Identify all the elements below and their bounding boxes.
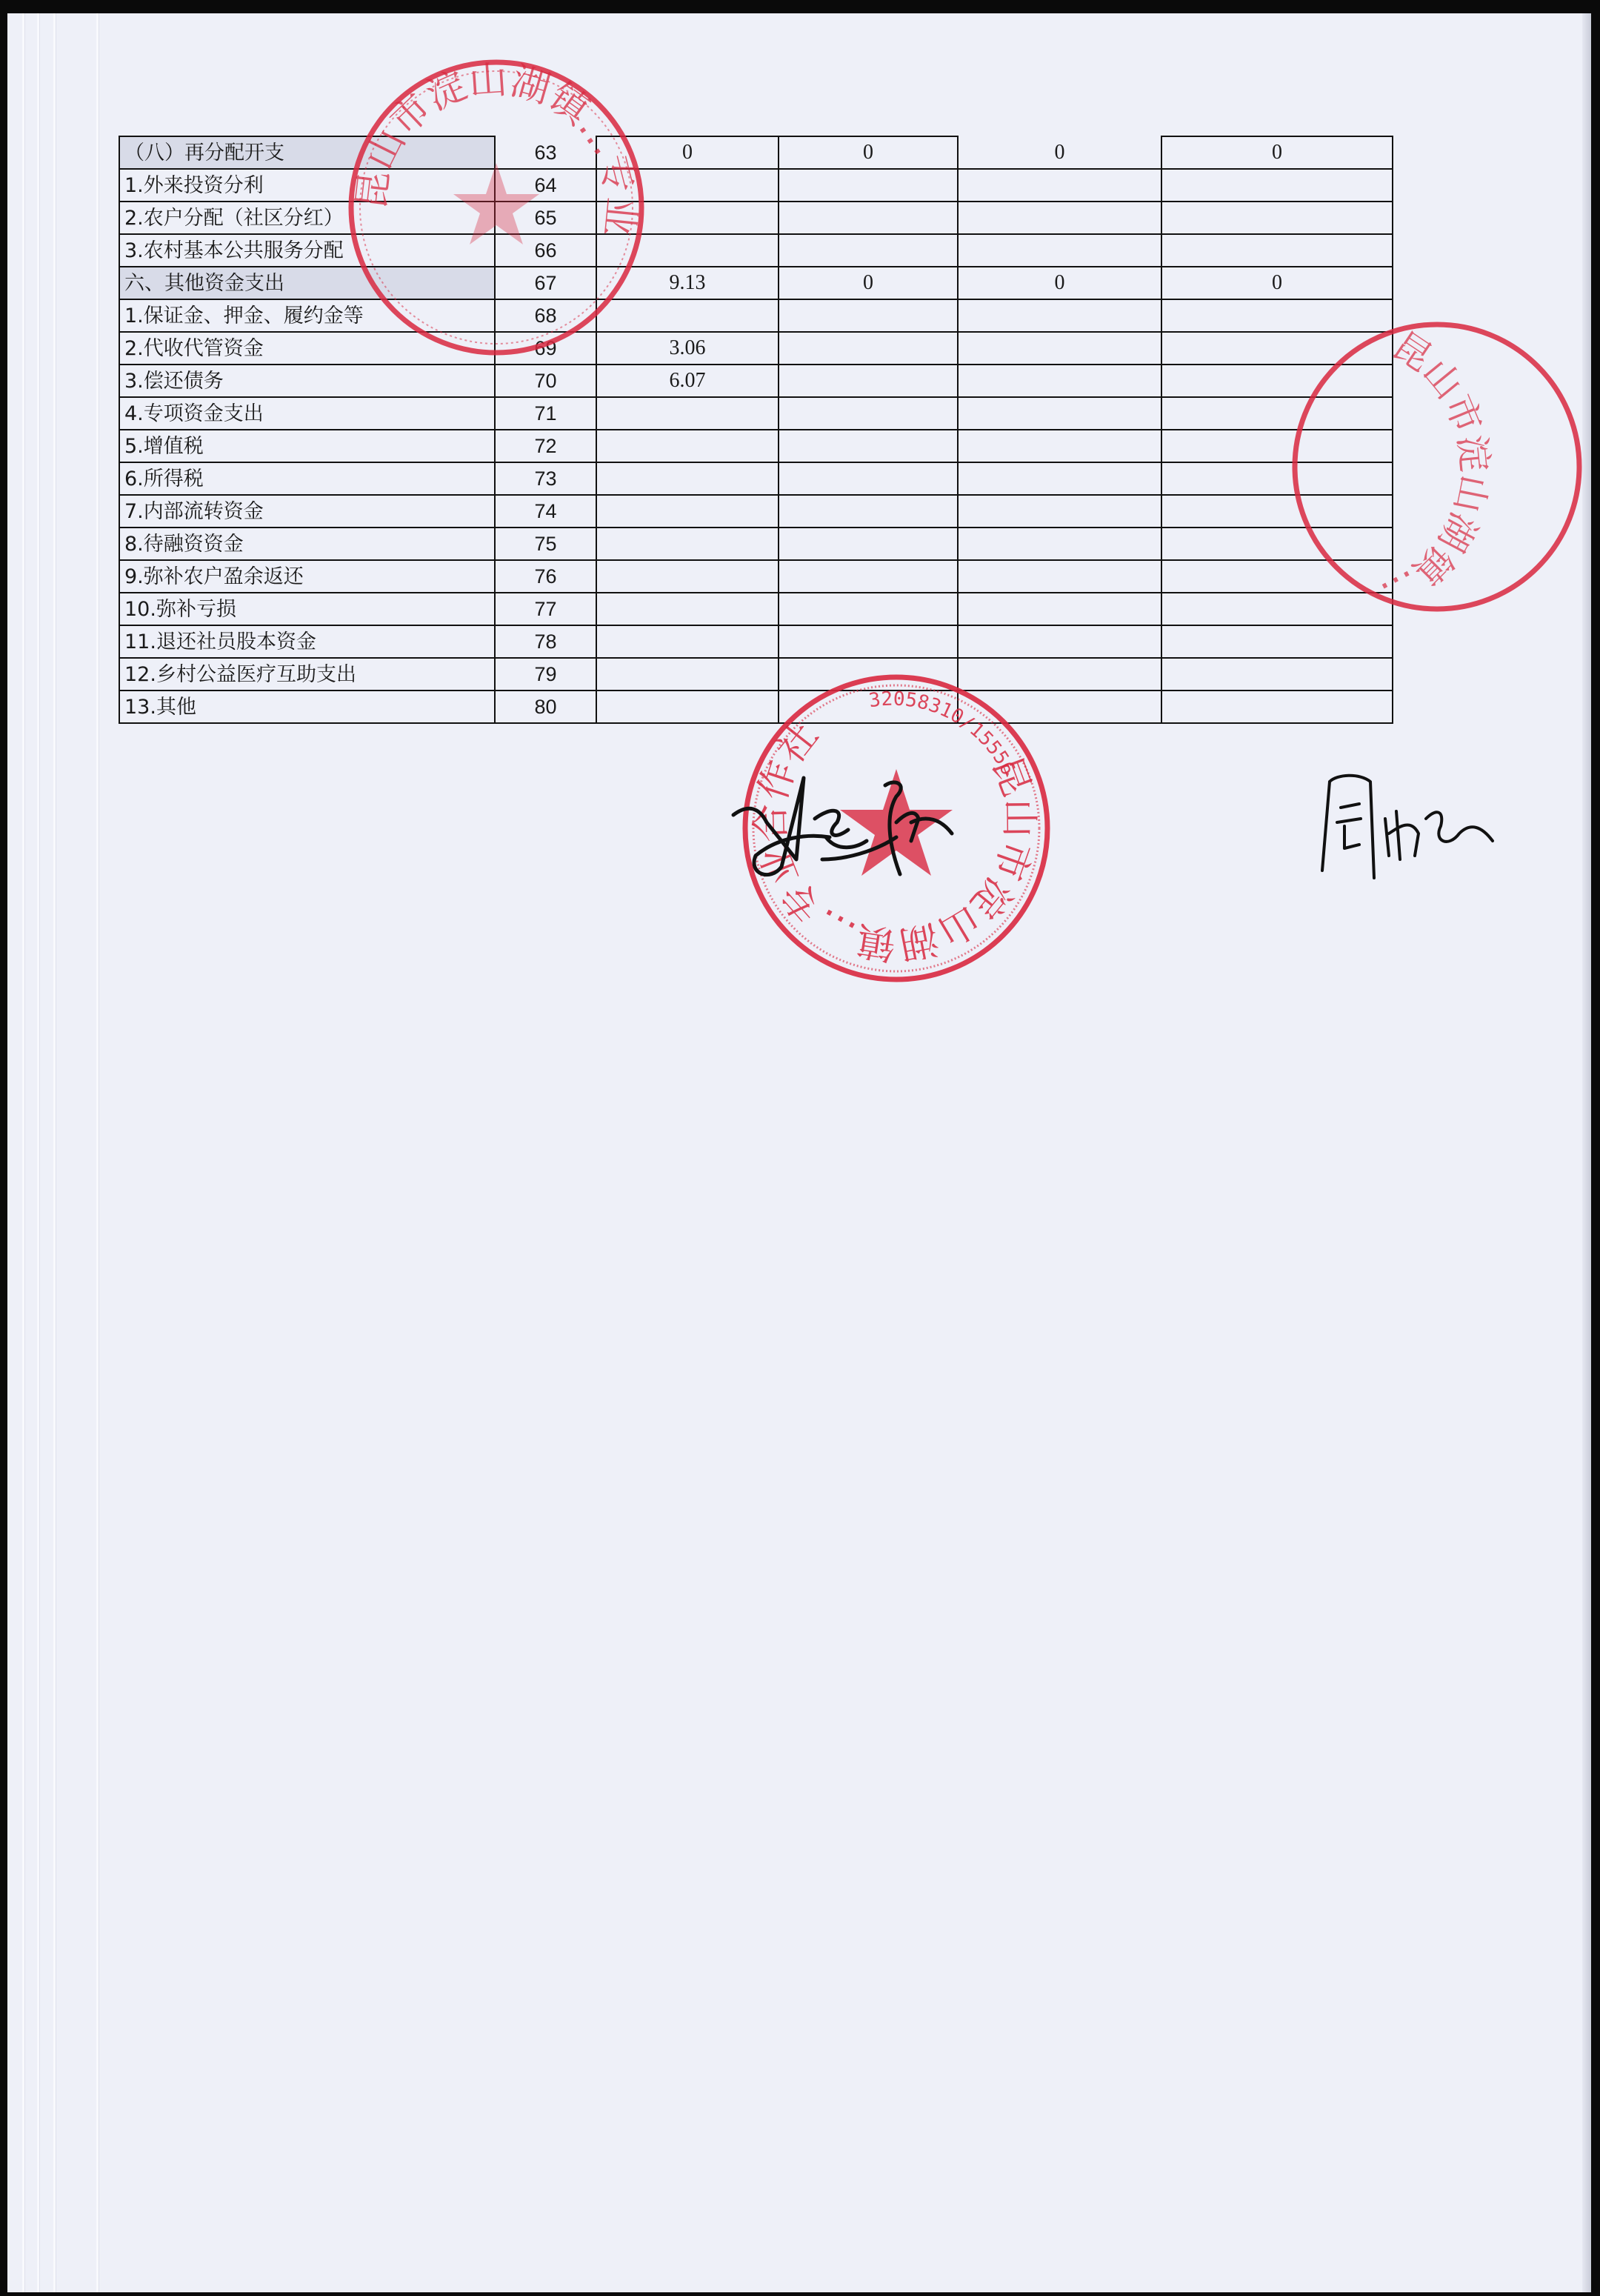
value-cell (596, 560, 779, 593)
value-cell (596, 299, 779, 332)
value-cell (958, 234, 1161, 267)
row-index: 66 (495, 234, 596, 267)
value-cell (958, 462, 1161, 495)
value-cell: 0 (596, 136, 779, 169)
row-index: 78 (495, 625, 596, 658)
row-index: 72 (495, 430, 596, 462)
row-label: 1.保证金、押金、履约金等 (119, 299, 495, 332)
row-index: 73 (495, 462, 596, 495)
value-cell (1161, 397, 1393, 430)
value-cell (1161, 593, 1393, 625)
value-cell (1161, 365, 1393, 397)
value-cell: 6.07 (596, 365, 779, 397)
row-label: 2.农户分配（社区分红） (119, 202, 495, 234)
fund-expenditure-table: （八）再分配开支6300001.外来投资分利642.农户分配（社区分红）653.… (119, 136, 1393, 724)
value-cell (779, 234, 958, 267)
value-cell (779, 593, 958, 625)
row-index: 75 (495, 528, 596, 560)
value-cell (779, 202, 958, 234)
row-label: 6.所得税 (119, 462, 495, 495)
table-row: 11.退还社员股本资金78 (119, 625, 1393, 658)
value-cell (1161, 234, 1393, 267)
value-cell (779, 691, 958, 723)
value-cell (596, 202, 779, 234)
value-cell (1161, 528, 1393, 560)
table-row: 13.其他80 (119, 691, 1393, 723)
table-row: 6.所得税73 (119, 462, 1393, 495)
row-index: 70 (495, 365, 596, 397)
value-cell (779, 299, 958, 332)
row-label: 9.弥补农户盈余返还 (119, 560, 495, 593)
row-index: 76 (495, 560, 596, 593)
signature-left (726, 763, 956, 885)
value-cell (1161, 299, 1393, 332)
value-cell (779, 430, 958, 462)
value-cell (958, 560, 1161, 593)
value-cell (779, 658, 958, 691)
value-cell (958, 528, 1161, 560)
row-label: 8.待融资资金 (119, 528, 495, 560)
value-cell (779, 560, 958, 593)
table-row: 7.内部流转资金74 (119, 495, 1393, 528)
row-label: 3.偿还债务 (119, 365, 495, 397)
value-cell: 9.13 (596, 267, 779, 299)
table-row: 4.专项资金支出71 (119, 397, 1393, 430)
value-cell (958, 495, 1161, 528)
value-cell (1161, 560, 1393, 593)
value-cell: 3.06 (596, 332, 779, 365)
value-cell: 0 (1161, 136, 1393, 169)
value-cell (596, 430, 779, 462)
value-cell (779, 625, 958, 658)
value-cell (596, 691, 779, 723)
value-cell (596, 462, 779, 495)
table-row: 10.弥补亏损77 (119, 593, 1393, 625)
table-row: 2.代收代管资金693.06 (119, 332, 1393, 365)
row-label: 六、其他资金支出 (119, 267, 495, 299)
value-cell (958, 658, 1161, 691)
value-cell (958, 625, 1161, 658)
value-cell (779, 169, 958, 202)
value-cell (596, 495, 779, 528)
value-cell (1161, 691, 1393, 723)
row-index: 74 (495, 495, 596, 528)
value-cell (958, 430, 1161, 462)
value-cell (958, 691, 1161, 723)
row-index: 64 (495, 169, 596, 202)
value-cell (1161, 462, 1393, 495)
signature-right (1315, 767, 1500, 888)
row-index: 65 (495, 202, 596, 234)
value-cell: 0 (958, 267, 1161, 299)
table-row: 3.农村基本公共服务分配66 (119, 234, 1393, 267)
value-cell (596, 234, 779, 267)
row-label: 11.退还社员股本资金 (119, 625, 495, 658)
row-index: 80 (495, 691, 596, 723)
table-row: 9.弥补农户盈余返还76 (119, 560, 1393, 593)
value-cell (779, 462, 958, 495)
table-row: 3.偿还债务706.07 (119, 365, 1393, 397)
row-index: 63 (495, 136, 596, 169)
row-label: （八）再分配开支 (119, 136, 495, 169)
value-cell (1161, 625, 1393, 658)
row-label: 4.专项资金支出 (119, 397, 495, 430)
value-cell (596, 593, 779, 625)
value-cell (779, 365, 958, 397)
table-row: 1.保证金、押金、履约金等68 (119, 299, 1393, 332)
table-row: （八）再分配开支630000 (119, 136, 1393, 169)
table-row: 六、其他资金支出679.13000 (119, 267, 1393, 299)
value-cell: 0 (779, 136, 958, 169)
row-index: 77 (495, 593, 596, 625)
value-cell (1161, 430, 1393, 462)
table-row: 2.农户分配（社区分红）65 (119, 202, 1393, 234)
paper-stack-edge (22, 13, 24, 2292)
value-cell (1161, 202, 1393, 234)
value-cell (779, 332, 958, 365)
row-index: 68 (495, 299, 596, 332)
value-cell (779, 397, 958, 430)
value-cell: 0 (1161, 267, 1393, 299)
page-edge-shadow (1582, 13, 1591, 2292)
value-cell (779, 528, 958, 560)
value-cell (1161, 495, 1393, 528)
value-cell (1161, 169, 1393, 202)
table-row: 12.乡村公益医疗互助支出79 (119, 658, 1393, 691)
row-index: 79 (495, 658, 596, 691)
value-cell (958, 332, 1161, 365)
value-cell: 0 (779, 267, 958, 299)
value-cell (596, 658, 779, 691)
value-cell (1161, 332, 1393, 365)
value-cell (779, 495, 958, 528)
row-label: 3.农村基本公共服务分配 (119, 234, 495, 267)
row-label: 2.代收代管资金 (119, 332, 495, 365)
paper-stack-edge (37, 13, 39, 2292)
row-label: 5.增值税 (119, 430, 495, 462)
paper-stack-edge (53, 13, 56, 2292)
row-index: 67 (495, 267, 596, 299)
row-index: 69 (495, 332, 596, 365)
value-cell (596, 169, 779, 202)
row-label: 1.外来投资分利 (119, 169, 495, 202)
value-cell (596, 397, 779, 430)
row-index: 71 (495, 397, 596, 430)
value-cell (1161, 658, 1393, 691)
value-cell (958, 593, 1161, 625)
value-cell (958, 202, 1161, 234)
paper-stack-edge (96, 13, 99, 2292)
value-cell: 0 (958, 136, 1161, 169)
value-cell (958, 397, 1161, 430)
value-cell (958, 365, 1161, 397)
row-label: 10.弥补亏损 (119, 593, 495, 625)
value-cell (596, 528, 779, 560)
row-label: 13.其他 (119, 691, 495, 723)
row-label: 12.乡村公益医疗互助支出 (119, 658, 495, 691)
table-row: 8.待融资资金75 (119, 528, 1393, 560)
table-row: 1.外来投资分利64 (119, 169, 1393, 202)
table-row: 5.增值税72 (119, 430, 1393, 462)
value-cell (596, 625, 779, 658)
row-label: 7.内部流转资金 (119, 495, 495, 528)
value-cell (958, 299, 1161, 332)
value-cell (958, 169, 1161, 202)
